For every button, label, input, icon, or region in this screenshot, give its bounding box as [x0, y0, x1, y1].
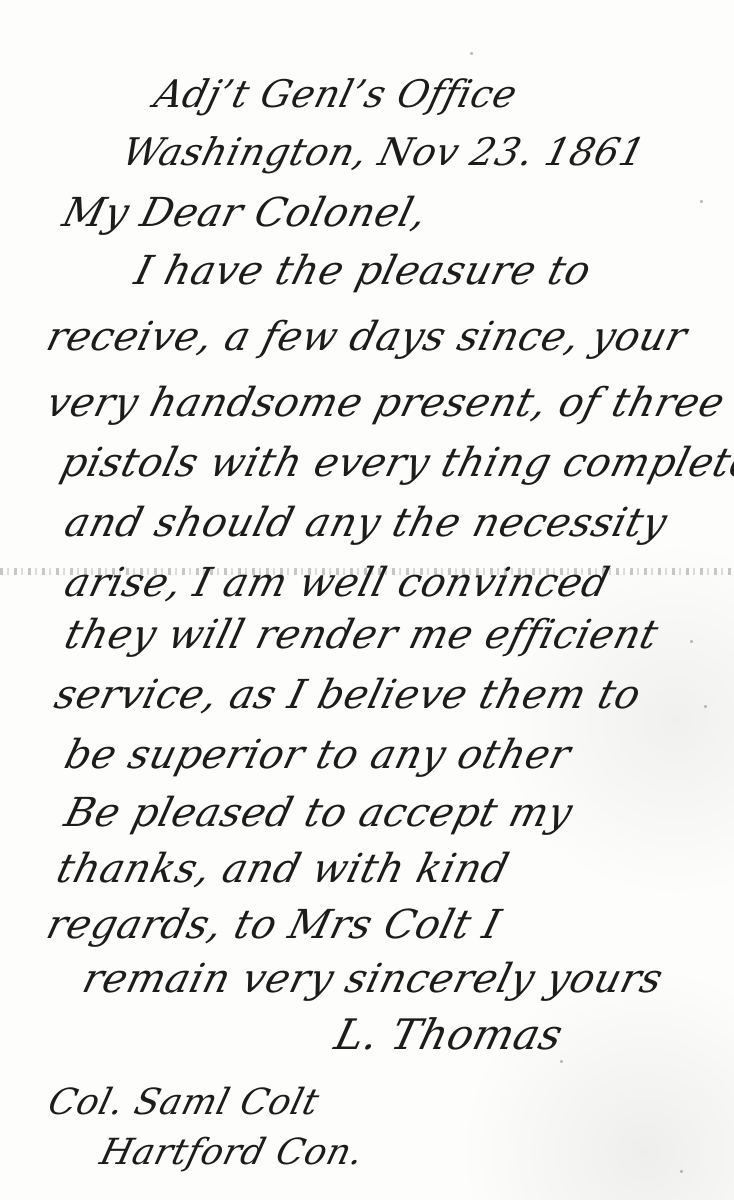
paper-speck: [560, 1060, 563, 1063]
body-line-10: Be pleased to accept my: [60, 790, 577, 836]
paper-speck: [700, 200, 703, 203]
paper-speck: [470, 52, 473, 55]
body-line-11: thanks, and with kind: [52, 846, 514, 892]
letter-page: Adj’t Genl’s Office Washington, Nov 23. …: [0, 0, 734, 1200]
body-line-3: very handsome present, of three: [42, 380, 729, 426]
body-line-5: and should any the necessity: [60, 500, 672, 546]
body-line-13: remain very sincerely yours: [78, 956, 668, 1002]
letterhead-office: Adj’t Genl’s Office: [150, 72, 522, 116]
body-line-1: I have the pleasure to: [130, 248, 596, 294]
body-line-2: receive, a few days since, your: [42, 314, 692, 360]
paper-speck: [680, 1170, 683, 1173]
body-line-9: be superior to any other: [60, 732, 575, 778]
addressee-name: Col. Saml Colt: [44, 1082, 323, 1123]
body-line-12: regards, to Mrs Colt I: [42, 902, 506, 948]
paper-speck: [704, 705, 707, 708]
letterhead-place-date: Washington, Nov 23. 1861: [118, 130, 650, 174]
body-line-7: they will render me efficient: [60, 612, 663, 658]
body-line-4: pistols with every thing complete,: [56, 440, 734, 486]
signature: L. Thomas: [330, 1010, 568, 1059]
salutation: My Dear Colonel,: [58, 190, 432, 236]
addressee-location: Hartford Con.: [96, 1132, 368, 1173]
body-line-8: service, as I believe them to: [50, 672, 646, 718]
paper-speck: [690, 640, 693, 643]
body-line-6: arise, I am well convinced: [60, 560, 614, 606]
